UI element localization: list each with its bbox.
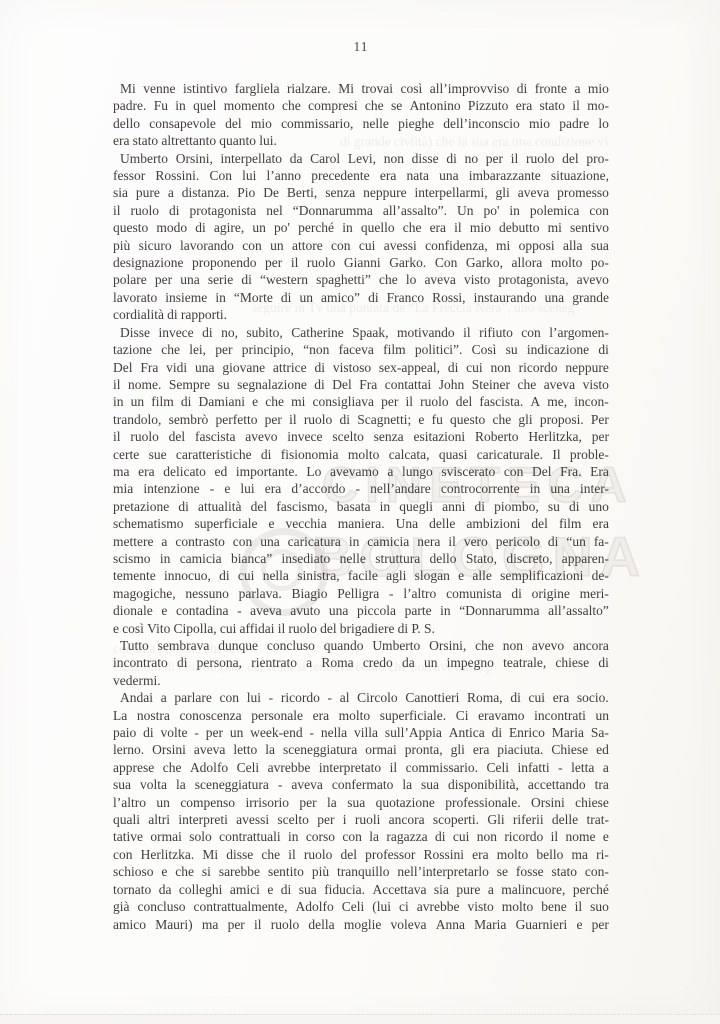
word: sua — [347, 794, 365, 811]
word: di — [517, 80, 528, 97]
word: tra — [595, 776, 609, 793]
word: ricordo — [281, 689, 320, 706]
word: ancora — [389, 811, 425, 828]
word: Carol — [310, 150, 340, 167]
text-line: magogiche,nessunoparlava.BiagioPelligra-… — [113, 585, 609, 602]
word: ancora — [573, 637, 609, 654]
scan-bottom-edge — [0, 1014, 720, 1024]
word: precedente — [311, 167, 369, 184]
word: stato — [552, 863, 578, 880]
word: non — [503, 637, 523, 654]
word: ruolo — [130, 428, 159, 445]
word: ruolo — [304, 411, 333, 428]
word: - — [210, 480, 215, 497]
word: con — [220, 689, 240, 706]
word: su — [506, 341, 518, 358]
text-line: TuttosembravadunqueconclusoquandoUmberto… — [113, 637, 609, 654]
word: confermato — [332, 776, 393, 793]
word: villa — [354, 724, 378, 741]
word: comunista — [446, 585, 502, 602]
word: il — [288, 846, 296, 863]
word: di — [368, 289, 379, 306]
word: delle — [429, 515, 455, 532]
word: tazione — [113, 341, 152, 358]
word: Chiese — [551, 741, 588, 758]
word: no — [465, 150, 479, 167]
word: una — [195, 359, 215, 376]
word: agire, — [214, 219, 244, 236]
word: un — [230, 724, 244, 741]
word: film — [559, 515, 582, 532]
word: più — [312, 863, 329, 880]
word: e — [252, 393, 258, 410]
word: molto — [497, 846, 529, 863]
word: contrasto — [175, 533, 225, 550]
word: mia — [113, 480, 133, 497]
word: il — [551, 828, 559, 845]
word: parte — [405, 602, 432, 619]
word: cui — [220, 620, 237, 637]
word: Orsini, — [176, 150, 213, 167]
text-line: Lanostraconoscenzapersonaleeramoltosuper… — [113, 707, 609, 724]
word: Rossini — [424, 846, 465, 863]
word: cordialità — [113, 306, 164, 323]
word: basata — [337, 498, 371, 515]
word: sicuro — [139, 237, 172, 254]
word: film — [383, 341, 406, 358]
word: tative — [113, 828, 143, 845]
word: perché — [573, 881, 609, 898]
word: piccola — [357, 602, 396, 619]
word: - — [310, 724, 315, 741]
word: Fra — [359, 376, 377, 393]
word: delle — [552, 811, 578, 828]
word: camicia — [180, 550, 222, 567]
word: neppure — [363, 184, 406, 201]
word: per — [155, 271, 172, 288]
word: malincuore, — [501, 881, 565, 898]
word: - — [269, 689, 274, 706]
word: la — [402, 776, 412, 793]
word: su — [218, 376, 230, 393]
word: e — [267, 881, 273, 898]
paragraph: TuttosembravadunqueconclusoquandoUmberto… — [113, 637, 609, 689]
word: i — [343, 811, 347, 828]
word: Damiani — [199, 393, 246, 410]
word: mo- — [587, 97, 609, 114]
word: professor — [365, 846, 415, 863]
word: il — [113, 376, 121, 393]
text-line: Andaiaparlareconlui-ricordo-alCircoloCan… — [113, 689, 609, 706]
word: giovane — [222, 359, 265, 376]
word: di — [241, 271, 252, 288]
word: amico — [113, 916, 146, 933]
word: avevo — [532, 637, 564, 654]
text-line: trandolo,sembròperfettoperilruolodiScagn… — [113, 411, 609, 428]
word: lui — [240, 480, 254, 497]
word: interpretato — [319, 759, 381, 776]
word: Franco — [387, 289, 425, 306]
word: discreto, — [506, 550, 552, 567]
word: innocuo, — [164, 567, 211, 584]
text-line: cordialitàdirapporti. — [113, 306, 609, 323]
word: avessi — [384, 237, 417, 254]
word: di — [181, 393, 192, 410]
word: - — [194, 724, 199, 741]
word: controcorrente — [441, 480, 520, 497]
word: il — [406, 393, 414, 410]
word: camicia — [367, 533, 409, 550]
word: attualità — [198, 498, 241, 515]
paragraph: Mivenneistintivofarglielarialzare.Mitrov… — [113, 80, 609, 150]
word: Mi — [120, 80, 136, 97]
word: cui — [453, 828, 470, 845]
word: disse — [226, 846, 253, 863]
word: ma — [113, 463, 130, 480]
word: aveva — [291, 776, 322, 793]
word: trat- — [586, 811, 609, 828]
word: incontrato — [113, 654, 168, 671]
word: piaciuta. — [497, 741, 543, 758]
word: con — [521, 324, 541, 341]
word: interpellarmi, — [415, 184, 488, 201]
word: incontrati — [534, 707, 586, 724]
word: cui — [359, 237, 376, 254]
word: nell’andare — [370, 480, 431, 497]
word: ma — [572, 846, 589, 863]
word: e — [161, 863, 167, 880]
word: chiese — [555, 654, 589, 671]
word: molto — [502, 898, 534, 915]
word: la — [265, 741, 275, 758]
word: era — [516, 97, 532, 114]
text-line: polareperunaseriedi“westernspaghetti”che… — [113, 271, 609, 288]
word: avevamo — [330, 463, 379, 480]
word: protagonista — [189, 202, 256, 219]
word: mi — [291, 393, 305, 410]
word: per — [265, 254, 282, 271]
word: di — [177, 654, 188, 671]
word: Cipolla, — [174, 620, 217, 637]
word: e — [113, 620, 119, 637]
word: nome — [566, 828, 596, 845]
word: dionale — [113, 602, 153, 619]
word: visto — [467, 898, 493, 915]
word: quando — [324, 637, 364, 654]
word: il — [289, 411, 297, 428]
word: sinistra, — [297, 567, 339, 584]
word: consigliava — [313, 393, 374, 410]
word: Ci — [456, 707, 469, 724]
word: cui — [238, 567, 255, 584]
word: Del — [113, 359, 133, 376]
word: scismo — [113, 550, 151, 567]
word: importante. — [236, 463, 298, 480]
word: - — [558, 759, 563, 776]
word: lavorato — [113, 289, 157, 306]
word: il — [463, 324, 471, 341]
word: professionale. — [445, 794, 520, 811]
word: del — [456, 393, 473, 410]
word: calcata, — [389, 446, 430, 463]
word: molto — [348, 446, 380, 463]
word: disse — [412, 150, 439, 167]
word: in — [175, 97, 186, 114]
word: consapevole — [149, 115, 216, 132]
word: schioso — [113, 863, 154, 880]
word: Roberto — [475, 428, 519, 445]
word: Gli — [487, 811, 504, 828]
word: tornato — [113, 881, 151, 898]
text-line: qualialtriinterpretiavessisceltoperiruol… — [113, 811, 609, 828]
word: week-end — [250, 724, 302, 741]
word: di — [143, 724, 154, 741]
word: un — [595, 707, 609, 724]
word: e — [161, 602, 167, 619]
text-line: padre.FuinquelmomentochecompresicheseAnt… — [113, 97, 609, 114]
text-line: siapureadistanza.PioDeBerti,senzaneppure… — [113, 184, 609, 201]
word: in — [342, 219, 353, 236]
text-line: miaintenzione-eluierad’accordo-nell’anda… — [113, 480, 609, 497]
word: debutto — [499, 219, 540, 236]
word: del — [531, 515, 548, 532]
word: già — [113, 898, 130, 915]
word: fu — [432, 411, 443, 428]
word: agli — [386, 567, 406, 584]
word: lei, — [189, 341, 206, 358]
word: che — [492, 411, 511, 428]
word: pretazione — [113, 498, 169, 515]
word: letto — [233, 741, 257, 758]
word: John — [439, 376, 465, 393]
word: amico” — [321, 289, 360, 306]
text-line: inunfilmdiDamianiechemiconsigliavaperilr… — [113, 393, 609, 410]
word: insieme — [165, 289, 207, 306]
word: grande — [572, 289, 609, 306]
word: una — [545, 289, 565, 306]
word: era — [380, 167, 396, 184]
word: riferii — [513, 811, 544, 828]
word: Steiner — [472, 376, 510, 393]
word: bianca” — [231, 550, 272, 567]
text-line: scismoincamiciabianca”insediatonellestru… — [113, 550, 609, 567]
word: infatti — [517, 759, 549, 776]
word: struttura — [375, 550, 420, 567]
word: solo — [189, 828, 212, 845]
word: Pio — [237, 184, 255, 201]
word: Una — [396, 515, 419, 532]
word: sceneggiatura — [283, 741, 357, 758]
word: “un — [566, 533, 586, 550]
text-line: ilnome.SempresusegnalazionediDelFraconta… — [113, 376, 609, 393]
text-line: maeradelicatoedimportante.Loavevamoalung… — [113, 463, 609, 480]
word: quel — [193, 97, 216, 114]
text-line: incontratodipersona,rientratoaRomacredod… — [113, 654, 609, 671]
text-line: Disseinvecedino,subito,CatherineSpaak,mo… — [113, 324, 609, 341]
word: se — [497, 863, 508, 880]
word: di — [398, 620, 409, 637]
word: polare — [113, 271, 147, 288]
word: perfetto — [216, 411, 258, 428]
word: credo — [363, 654, 393, 671]
word: rientrato — [251, 654, 297, 671]
word: ormai — [365, 741, 397, 758]
text-line: schematismosuperficialeevecchiamaniera.U… — [113, 515, 609, 532]
word: commissario, — [281, 115, 353, 132]
word: per — [228, 916, 245, 933]
word: lui. — [259, 132, 277, 149]
word: - — [328, 689, 333, 706]
word: per — [299, 794, 316, 811]
word: sua — [421, 776, 439, 793]
word: di — [446, 150, 457, 167]
word: un — [270, 237, 284, 254]
word: vero — [464, 533, 488, 550]
word: - — [355, 480, 360, 497]
word: rifiuto — [479, 324, 513, 341]
word: Rossi, — [432, 289, 465, 306]
word: di — [492, 724, 503, 741]
word: una — [260, 533, 280, 550]
word: Celi — [342, 898, 365, 915]
word: P. — [411, 620, 420, 637]
word: del — [251, 498, 268, 515]
word: per — [486, 150, 503, 167]
word: che — [379, 271, 398, 288]
text-line: piùsicurolavorandoconunattoreconcuiavess… — [113, 237, 609, 254]
word: caricaturale. — [477, 446, 543, 463]
word: l’argomen- — [549, 324, 609, 341]
word: Fu — [154, 97, 168, 114]
word: avrebbe — [268, 759, 311, 776]
text-line: DelFravidiunagiovaneattricedivistososex-… — [113, 359, 609, 376]
word: con — [233, 533, 253, 550]
word: il — [390, 759, 398, 776]
word: ricordo — [519, 359, 558, 376]
word: colleghi — [179, 881, 223, 898]
text-line: tazionechelei,perprincipio,“nonfacevafil… — [113, 341, 609, 358]
word: promesso — [557, 184, 609, 201]
word: il — [448, 533, 456, 550]
word: attore — [292, 237, 323, 254]
word: era — [592, 515, 608, 532]
word: nella — [263, 567, 289, 584]
word: Con — [209, 167, 232, 184]
word: principio, — [242, 341, 294, 358]
word: di — [281, 289, 292, 306]
word: padre. — [113, 97, 146, 114]
word: Celi — [486, 759, 509, 776]
word: che — [261, 846, 280, 863]
word: sembrava — [158, 637, 210, 654]
word: moglie — [344, 916, 382, 933]
word: irrisorio — [245, 794, 289, 811]
text-line: lerno.Orsiniavevalettolasceneggiaturaorm… — [113, 741, 609, 758]
word: Anna — [436, 916, 465, 933]
word: che — [365, 97, 384, 114]
word: Disse — [120, 324, 150, 341]
word: insediato — [282, 550, 331, 567]
word: per — [592, 916, 609, 933]
word: la — [327, 794, 337, 811]
word: il — [454, 219, 462, 236]
word: in — [160, 550, 171, 567]
word: da — [290, 150, 303, 167]
text-line: paiodivolte-perunweek-end-nellavillasull… — [113, 724, 609, 741]
word: “Donnarumma — [459, 602, 539, 619]
word: a — [161, 533, 167, 550]
word: nel — [266, 202, 283, 219]
text-line: erastatoaltrettantoquantolui. — [113, 132, 609, 149]
word: contadina — [176, 602, 228, 619]
word: Stato, — [466, 550, 497, 567]
word: ruolo — [271, 916, 300, 933]
word: anni — [442, 498, 465, 515]
text-line: ilruolodiprotagonistanel“Donnarummaall’a… — [113, 202, 609, 219]
word: Roma — [321, 654, 353, 671]
word: con — [331, 237, 351, 254]
word: sembrò — [169, 411, 209, 428]
text-line: certesuecaratteristichedifisionomiamolto… — [113, 446, 609, 463]
word: di — [167, 306, 178, 323]
word: segnalazione — [237, 376, 307, 393]
word: sull’Appia — [385, 724, 442, 741]
word: Spaak, — [352, 324, 388, 341]
word: lo — [406, 271, 417, 288]
word: Levi, — [348, 150, 376, 167]
paragraph: Andaiaparlareconlui-ricordo-alCircoloCan… — [113, 689, 609, 933]
word: scoperti. — [433, 811, 479, 828]
word: aveva — [250, 602, 281, 619]
word: Celi — [237, 759, 260, 776]
word: quali — [113, 811, 140, 828]
word: il — [572, 97, 580, 114]
word: Vito — [147, 620, 170, 637]
word: sua — [299, 881, 317, 898]
word: visto — [464, 271, 490, 288]
word: Circolo — [357, 689, 398, 706]
word: rapporti. — [181, 306, 227, 323]
word: una — [329, 602, 349, 619]
word: scelto — [277, 811, 309, 828]
word: visto — [583, 376, 609, 393]
word: concluso — [267, 637, 315, 654]
word: contattai — [385, 376, 431, 393]
word: non — [491, 359, 511, 376]
word: era — [138, 463, 154, 480]
word: con — [342, 828, 362, 845]
word: ed — [215, 463, 228, 480]
word: ambizioni — [466, 515, 520, 532]
word: Guarnieri — [516, 916, 568, 933]
word: sue — [149, 446, 167, 463]
word: stato — [540, 97, 566, 114]
word: po' — [274, 219, 290, 236]
word: proble- — [570, 446, 609, 463]
word: po' — [484, 202, 500, 219]
word: designazione — [113, 254, 183, 271]
word: Un — [457, 202, 474, 219]
word: Del — [532, 463, 552, 480]
text-line: schiosoechesisarebbesentitopiùtranquillo… — [113, 863, 609, 880]
word: dunque — [218, 637, 258, 654]
word: - — [389, 585, 394, 602]
word: mio — [588, 80, 609, 97]
word: di — [178, 498, 189, 515]
word: e — [224, 480, 230, 497]
word: “western — [260, 271, 308, 288]
word: ragazza — [386, 828, 427, 845]
